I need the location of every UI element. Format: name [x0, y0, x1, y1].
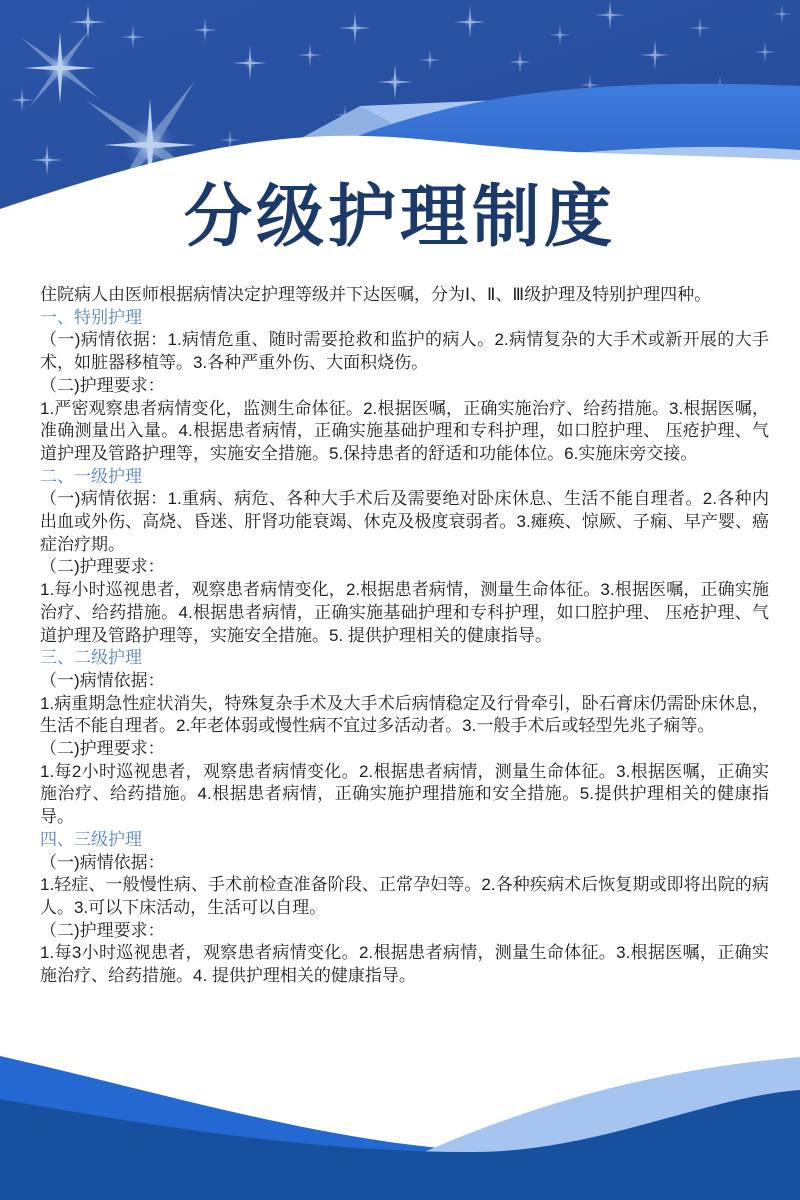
section-paragraph: 1.轻症、一般慢性病、手术前检查准备阶段、正常孕妇等。2.各种疾病术后恢复期或即…	[40, 874, 769, 919]
section-paragraph: （一)病情依据：	[40, 670, 769, 693]
section-paragraph: （一)病情依据：	[40, 852, 769, 875]
section-paragraph: （二)护理要求：	[40, 556, 769, 579]
section-paragraph: （二)护理要求：	[40, 920, 769, 943]
section-paragraph: 1.每小时巡视患者，观察患者病情变化，2.根据患者病情，测量生命体征。3.根据医…	[40, 579, 769, 647]
care-level-section: 四、三级护理（一)病情依据：1.轻症、一般慢性病、手术前检查准备阶段、正常孕妇等…	[40, 829, 769, 988]
section-paragraph: （二)护理要求：	[40, 375, 769, 398]
section-heading: 二、一级护理	[40, 466, 769, 489]
care-level-section: 二、一级护理（一)病情依据：1.重病、病危、各种大手术后及需要绝对卧床休息、生活…	[40, 466, 769, 648]
poster-content: 住院病人由医师根据病情决定护理等级并下达医嘱，分为Ⅰ、Ⅱ、Ⅲ级护理及特别护理四种…	[40, 284, 769, 988]
section-paragraph: 1.病重期急性症状消失，特殊复杂手术及大手术后病情稳定及行骨牵引，卧石膏床仍需卧…	[40, 693, 769, 738]
section-paragraph: 1.每2小时巡视患者，观察患者病情变化。2.根据患者病情，测量生命体征。3.根据…	[40, 761, 769, 829]
nursing-care-poster: 分级护理制度 住院病人由医师根据病情决定护理等级并下达医嘱，分为Ⅰ、Ⅱ、Ⅲ级护理…	[0, 0, 800, 1200]
section-paragraph: （一)病情依据：1.重病、病危、各种大手术后及需要绝对卧床休息、生活不能自理者。…	[40, 488, 769, 556]
page-title: 分级护理制度	[0, 178, 800, 256]
care-level-section: 一、特别护理（一)病情依据：1.病情危重、随时需要抢救和监护的病人。2.病情复杂…	[40, 307, 769, 466]
section-paragraph: 1.每3小时巡视患者，观察患者病情变化。2.根据患者病情，测量生命体征。3.根据…	[40, 942, 769, 987]
section-heading: 三、二级护理	[40, 647, 769, 670]
section-heading: 一、特别护理	[40, 307, 769, 330]
care-level-section: 三、二级护理（一)病情依据：1.病重期急性症状消失，特殊复杂手术及大手术后病情稳…	[40, 647, 769, 829]
section-paragraph: （一)病情依据：1.病情危重、随时需要抢救和监护的病人。2.病情复杂的大手术或新…	[40, 329, 769, 374]
section-heading: 四、三级护理	[40, 829, 769, 852]
footer-decoration	[0, 1050, 800, 1200]
care-level-sections: 一、特别护理（一)病情依据：1.病情危重、随时需要抢救和监护的病人。2.病情复杂…	[40, 307, 769, 988]
section-paragraph: （二)护理要求：	[40, 738, 769, 761]
section-paragraph: 1.严密观察患者病情变化，监测生命体征。2.根据医嘱，正确实施治疗、给药措施。3…	[40, 398, 769, 466]
intro-paragraph: 住院病人由医师根据病情决定护理等级并下达医嘱，分为Ⅰ、Ⅱ、Ⅲ级护理及特别护理四种…	[40, 284, 769, 307]
